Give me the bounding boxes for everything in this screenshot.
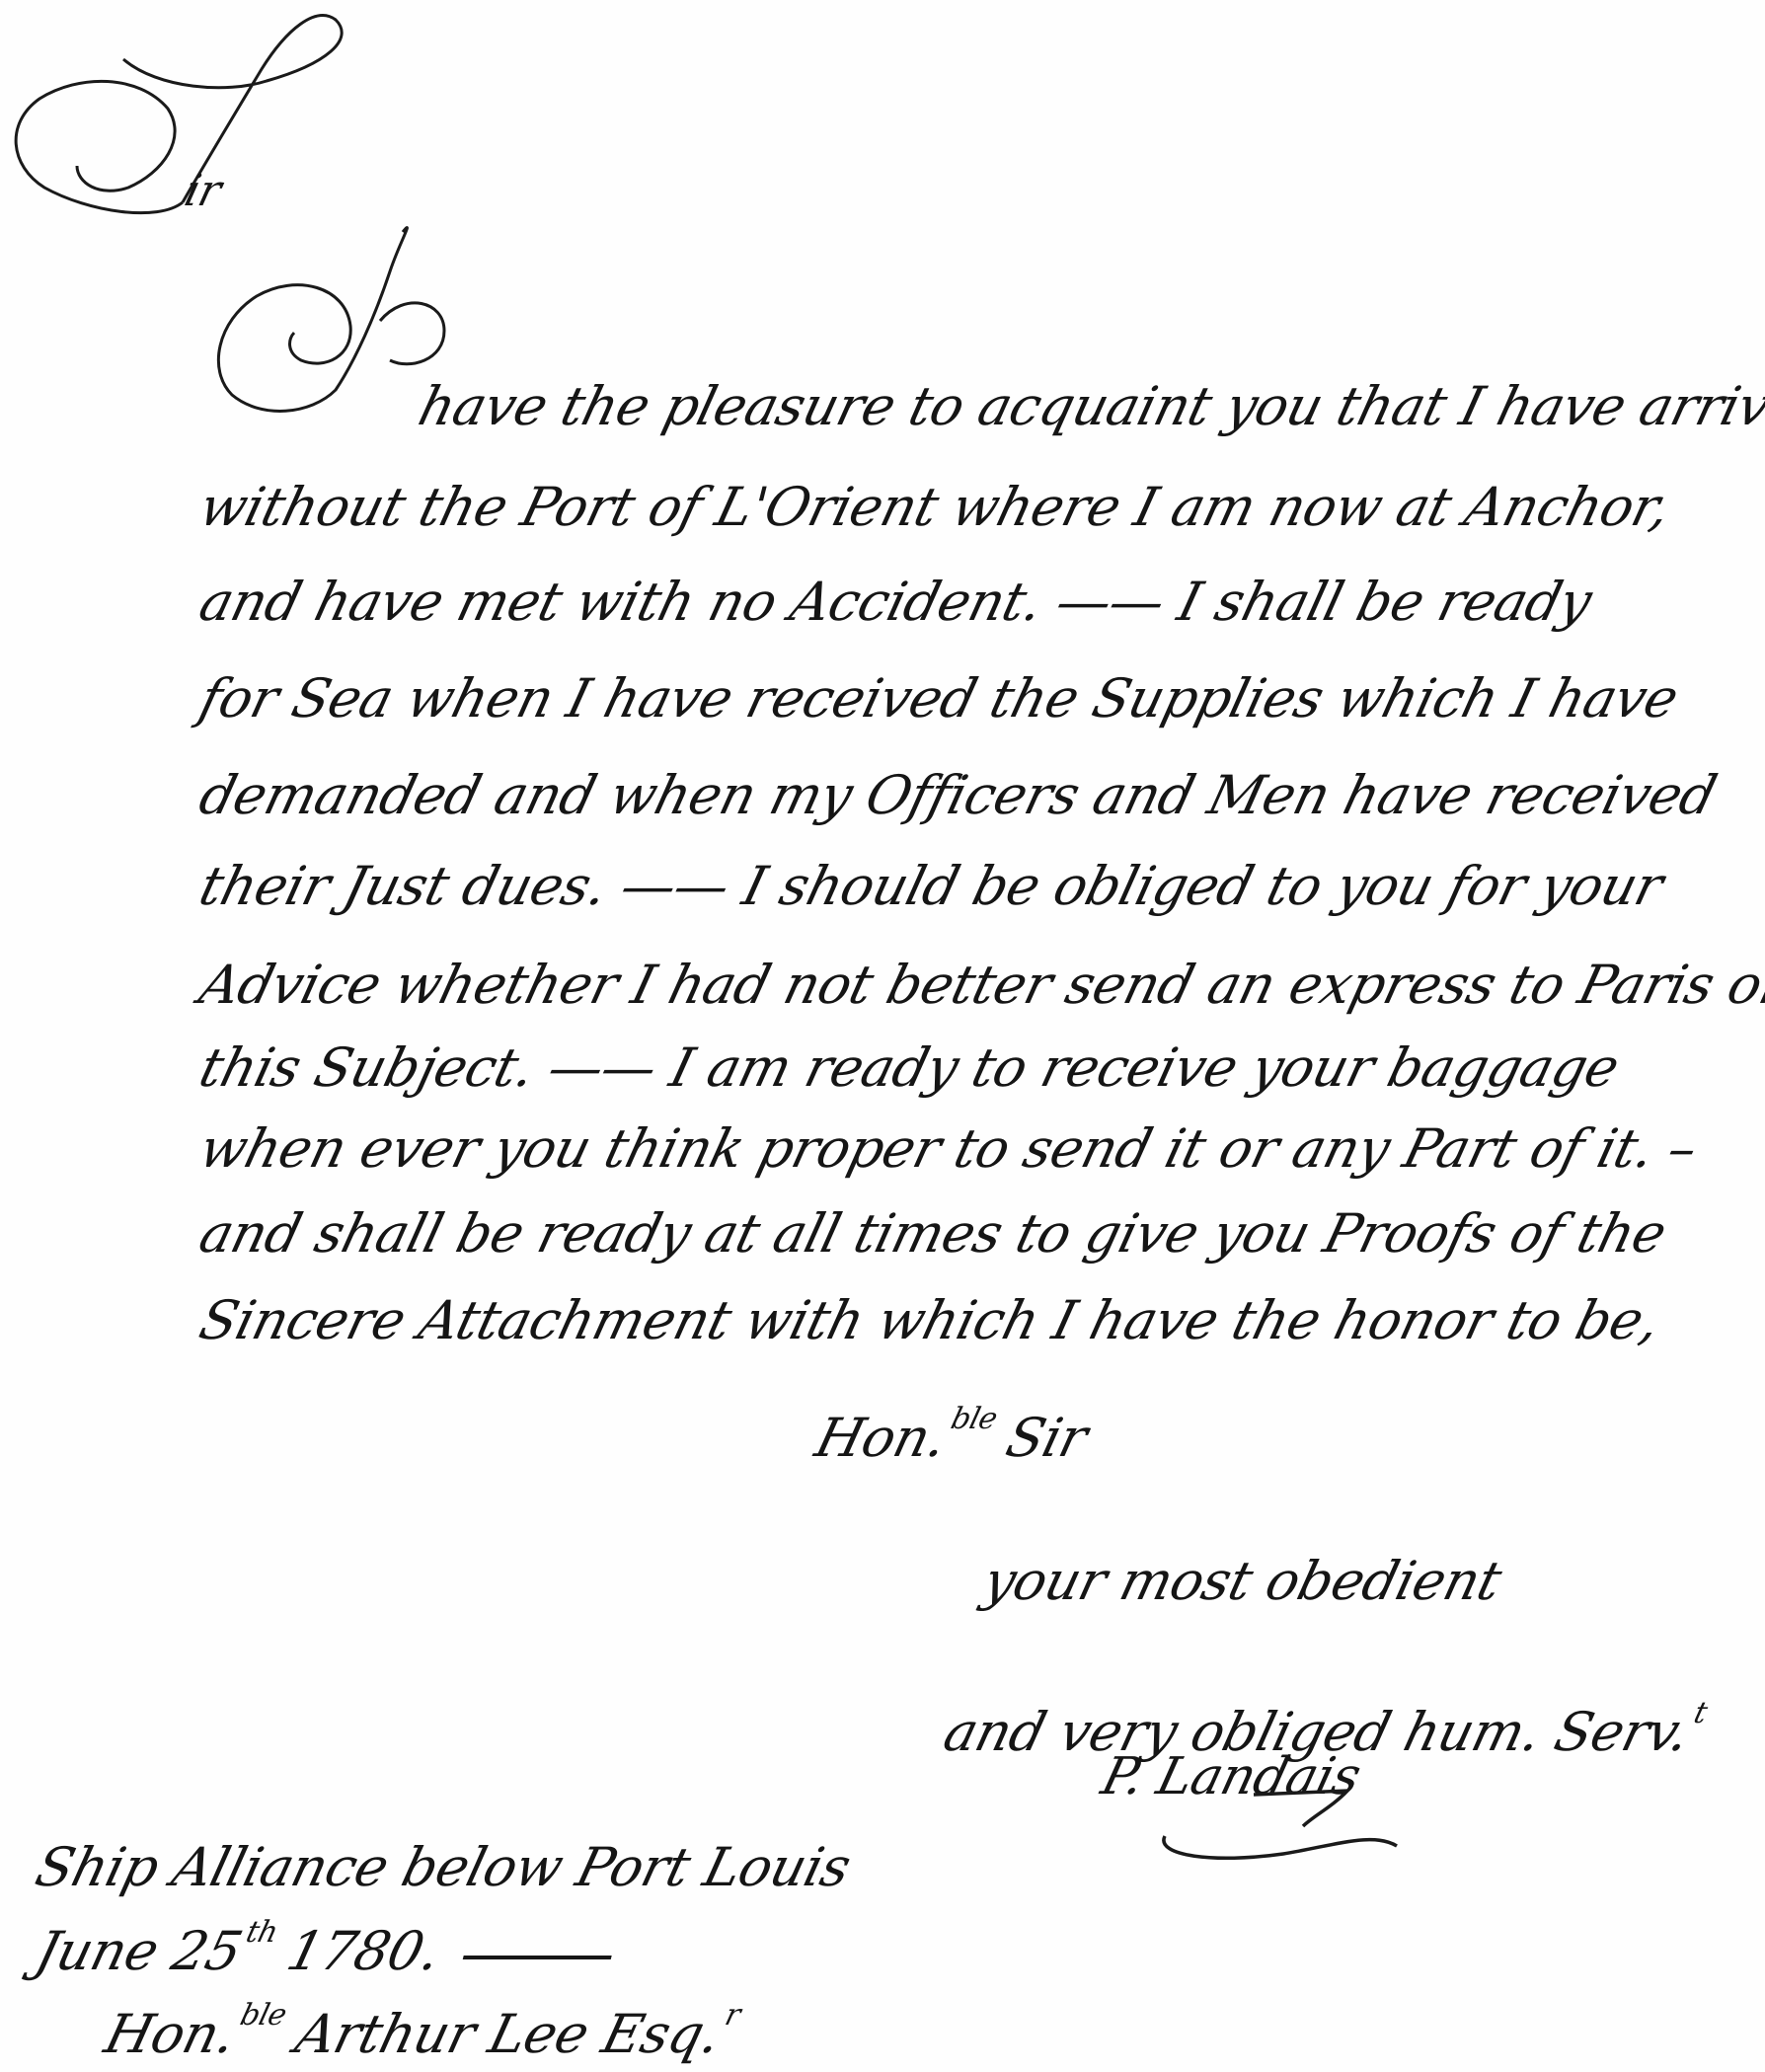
body-line-5: demanded and when my Officers and Men ha… [193,764,1723,826]
footer-recipient: Hon.ble Arthur Lee Esq.r [99,1998,743,2065]
closing-line-2-end: Serv. [1549,1701,1696,1763]
body-line-3: and have met with no Accident. —— I shal… [193,571,1598,633]
footer-date-year: 1780. [281,1920,447,1982]
body-line-1: have the pleasure to acquaint you that I… [413,375,1765,437]
body-line-6: their Just dues. —— I should be obliged … [193,855,1669,917]
closing-line-1: your most obedient [977,1550,1507,1612]
body-line-10: and shall be ready at all times to give … [193,1202,1672,1265]
closing-address-sup: ble [948,1402,1001,1436]
body-line-9: when ever you think proper to send it or… [193,1117,1703,1180]
body-line-11: Sincere Attachment with which I have the… [193,1289,1666,1351]
footer-recipient-name: Arthur Lee Esq. [289,2003,727,2065]
body-line-7: Advice whether I had not better send an … [193,954,1765,1016]
closing-address-prefix: Hon. [809,1407,953,1469]
body-line-8: this Subject. —— I am ready to receive y… [193,1036,1625,1099]
signature-flourish-icon [1135,1777,1431,1880]
footer-recipient-sup: ble [237,1998,290,2033]
footer-location: Ship Alliance below Port Louis [30,1836,857,1898]
footer-date: June 25th 1780. [30,1915,632,1982]
footer-dash [463,1956,612,1959]
footer-date-prefix: June 25 [30,1920,248,1982]
body-line-2: without the Port of L'Orient where I am … [193,476,1676,538]
closing-address-name: Sir [1000,1407,1093,1469]
closing-address: Hon.ble Sir [809,1402,1095,1469]
letter-page: ir have the pleasure to acquaint you tha… [0,0,1765,2072]
body-line-4: for Sea when I have received the Supplie… [193,667,1684,729]
footer-recipient-prefix: Hon. [99,2003,242,2065]
